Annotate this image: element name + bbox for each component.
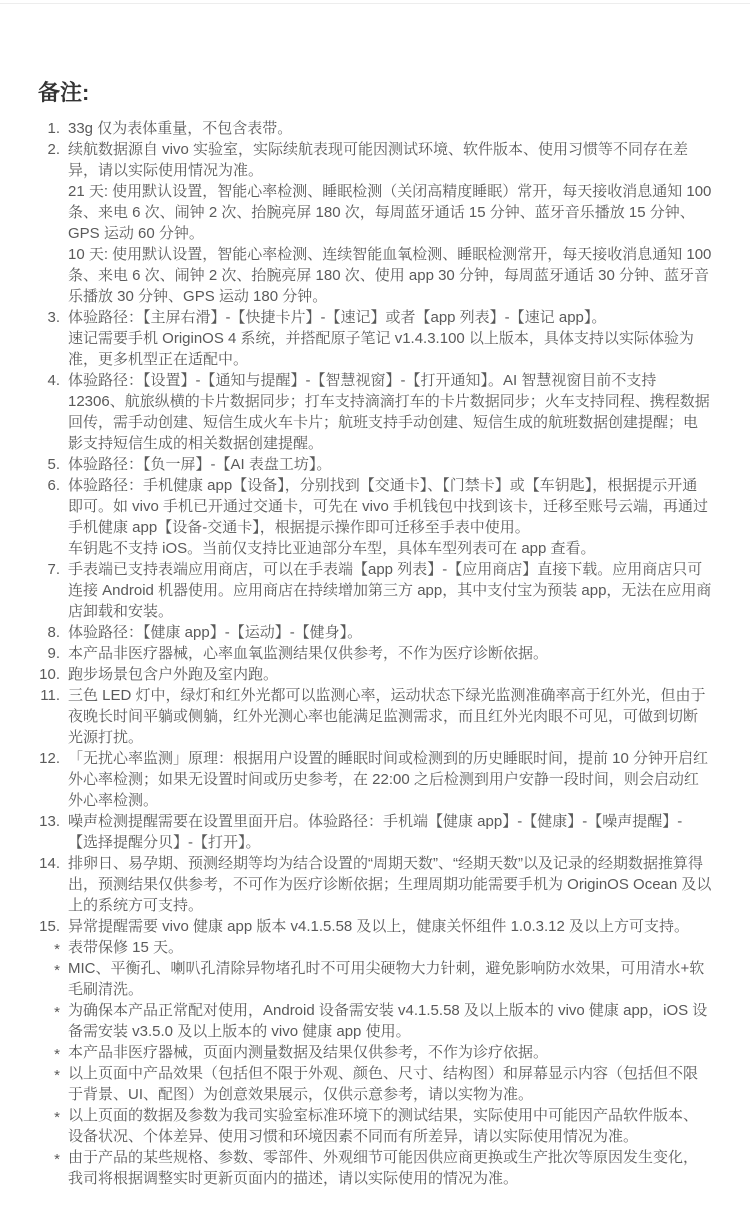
footnote-item: * 本产品非医疗器械，页面内测量数据及结果仅供参考，不作为诊疗依据。 — [34, 1042, 712, 1063]
note-text: 「无扰心率监测」原理：根据用户设置的睡眠时间或检测到的历史睡眠时间，提前 10 … — [68, 748, 712, 811]
note-text: 体验路径：【负一屏】-【AI 表盘工坊】。 — [68, 454, 712, 475]
footnote-item: * MIC、平衡孔、喇叭孔清除异物堵孔时不可用尖硬物大力针刺，避免影响防水效果，… — [34, 958, 712, 1000]
note-text: 本产品非医疗器械，页面内测量数据及结果仅供参考，不作为诊疗依据。 — [68, 1042, 712, 1063]
note-marker: 8. — [34, 622, 60, 643]
note-text: 体验路径：【设置】-【通知与提醒】-【智慧视窗】-【打开通知】。AI 智慧视窗目… — [68, 370, 712, 454]
footnote-star-marker: * — [34, 939, 60, 960]
note-item: 12. 「无扰心率监测」原理：根据用户设置的睡眠时间或检测到的历史睡眠时间，提前… — [34, 748, 712, 811]
note-marker: 11. — [34, 685, 60, 706]
footnote-star-marker: * — [34, 960, 60, 981]
note-marker: 10. — [34, 664, 60, 685]
footnote-item: * 以上页面中产品效果（包括但不限于外观、颜色、尺寸、结构图）和屏幕显示内容（包… — [34, 1063, 712, 1105]
note-text: 跑步场景包含户外跑及室内跑。 — [68, 664, 712, 685]
note-item: 9. 本产品非医疗器械，心率血氧监测结果仅供参考，不作为医疗诊断依据。 — [34, 643, 712, 664]
note-marker: 4. — [34, 370, 60, 391]
footnote-star-marker: * — [34, 1065, 60, 1086]
note-text: 异常提醒需要 vivo 健康 app 版本 v4.1.5.58 及以上，健康关怀… — [68, 916, 712, 937]
note-text: 以上页面中产品效果（包括但不限于外观、颜色、尺寸、结构图）和屏幕显示内容（包括但… — [68, 1063, 712, 1105]
note-text: 体验路径：手机健康 app【设备】，分别找到【交通卡】、【门禁卡】或【车钥匙】，… — [68, 475, 712, 559]
footnote-item: * 为确保本产品正常配对使用，Android 设备需安装 v4.1.5.58 及… — [34, 1000, 712, 1042]
note-text: 本产品非医疗器械，心率血氧监测结果仅供参考，不作为医疗诊断依据。 — [68, 643, 712, 664]
footnote-star-marker: * — [34, 1044, 60, 1065]
note-marker: 5. — [34, 454, 60, 475]
footnote-item: * 由于产品的某些规格、参数、零部件、外观细节可能因供应商更换或生产批次等原因发… — [34, 1147, 712, 1189]
note-item: 3. 体验路径：【主屏右滑】-【快捷卡片】-【速记】或者【app 列表】-【速记… — [34, 307, 712, 370]
footnote-star-marker: * — [34, 1107, 60, 1128]
note-text: 由于产品的某些规格、参数、零部件、外观细节可能因供应商更换或生产批次等原因发生变… — [68, 1147, 712, 1189]
note-marker: 15. — [34, 916, 60, 937]
footnote-item: * 表带保修 15 天。 — [34, 937, 712, 958]
note-text: 噪声检测提醒需要在设置里面开启。体验路径：手机端【健康 app】-【健康】-【噪… — [68, 811, 712, 853]
note-text: 续航数据源自 vivo 实验室，实际续航表现可能因测试环境、软件版本、使用习惯等… — [68, 139, 712, 307]
note-item: 4. 体验路径：【设置】-【通知与提醒】-【智慧视窗】-【打开通知】。AI 智慧… — [34, 370, 712, 454]
note-marker: 7. — [34, 559, 60, 580]
note-item: 2. 续航数据源自 vivo 实验室，实际续航表现可能因测试环境、软件版本、使用… — [34, 139, 712, 307]
note-text: MIC、平衡孔、喇叭孔清除异物堵孔时不可用尖硬物大力针刺，避免影响防水效果，可用… — [68, 958, 712, 1000]
note-item: 14. 排卵日、易孕期、预测经期等均为结合设置的“周期天数”、“经期天数”以及记… — [34, 853, 712, 916]
note-item: 15. 异常提醒需要 vivo 健康 app 版本 v4.1.5.58 及以上，… — [34, 916, 712, 937]
note-marker: 3. — [34, 307, 60, 328]
note-item: 5. 体验路径：【负一屏】-【AI 表盘工坊】。 — [34, 454, 712, 475]
note-marker: 13. — [34, 811, 60, 832]
note-text: 以上页面的数据及参数为我司实验室标准环境下的测试结果，实际使用中可能因产品软件版… — [68, 1105, 712, 1147]
note-marker: 2. — [34, 139, 60, 160]
note-item: 10. 跑步场景包含户外跑及室内跑。 — [34, 664, 712, 685]
note-item: 6. 体验路径：手机健康 app【设备】，分别找到【交通卡】、【门禁卡】或【车钥… — [34, 475, 712, 559]
note-item: 11. 三色 LED 灯中，绿灯和红外光都可以监测心率，运动状态下绿光监测准确率… — [34, 685, 712, 748]
note-marker: 14. — [34, 853, 60, 874]
footnote-item: * 以上页面的数据及参数为我司实验室标准环境下的测试结果，实际使用中可能因产品软… — [34, 1105, 712, 1147]
note-item: 1. 33g 仅为表体重量，不包含表带。 — [34, 118, 712, 139]
page-title: 备注: — [38, 80, 712, 106]
top-divider — [0, 3, 750, 4]
note-text: 排卵日、易孕期、预测经期等均为结合设置的“周期天数”、“经期天数”以及记录的经期… — [68, 853, 712, 916]
notes-list: 1. 33g 仅为表体重量，不包含表带。 2. 续航数据源自 vivo 实验室，… — [34, 118, 712, 1189]
note-text: 手表端已支持表端应用商店，可以在手表端【app 列表】-【应用商店】直接下载。应… — [68, 559, 712, 622]
note-text: 表带保修 15 天。 — [68, 937, 712, 958]
note-text: 33g 仅为表体重量，不包含表带。 — [68, 118, 712, 139]
note-text: 三色 LED 灯中，绿灯和红外光都可以监测心率，运动状态下绿光监测准确率高于红外… — [68, 685, 712, 748]
footnote-star-marker: * — [34, 1149, 60, 1170]
note-item: 13. 噪声检测提醒需要在设置里面开启。体验路径：手机端【健康 app】-【健康… — [34, 811, 712, 853]
note-text: 为确保本产品正常配对使用，Android 设备需安装 v4.1.5.58 及以上… — [68, 1000, 712, 1042]
note-item: 7. 手表端已支持表端应用商店，可以在手表端【app 列表】-【应用商店】直接下… — [34, 559, 712, 622]
note-marker: 9. — [34, 643, 60, 664]
notes-section: 备注: 1. 33g 仅为表体重量，不包含表带。 2. 续航数据源自 vivo … — [0, 0, 750, 1189]
note-marker: 12. — [34, 748, 60, 769]
footnote-star-marker: * — [34, 1002, 60, 1023]
note-marker: 6. — [34, 475, 60, 496]
note-item: 8. 体验路径：【健康 app】-【运动】-【健身】。 — [34, 622, 712, 643]
note-marker: 1. — [34, 118, 60, 139]
note-text: 体验路径：【主屏右滑】-【快捷卡片】-【速记】或者【app 列表】-【速记 ap… — [68, 307, 712, 370]
note-text: 体验路径：【健康 app】-【运动】-【健身】。 — [68, 622, 712, 643]
